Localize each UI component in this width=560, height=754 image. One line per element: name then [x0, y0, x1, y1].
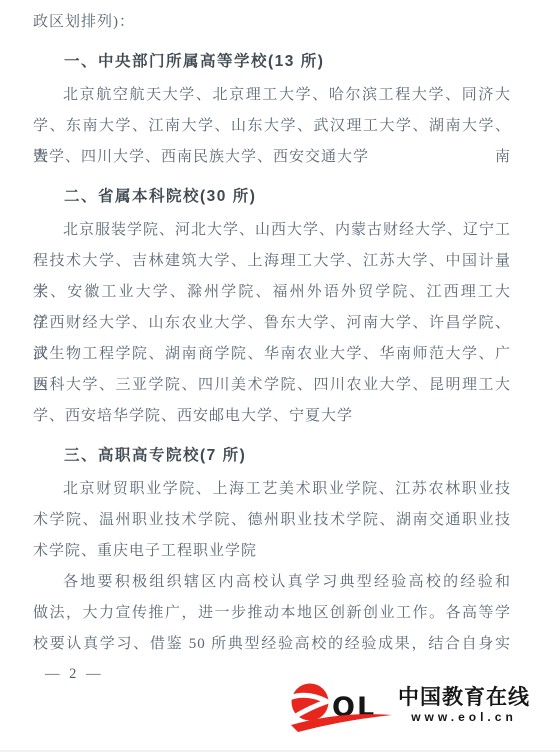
- section-heading: 一、中央部门所属高等学校(13 所): [33, 46, 511, 77]
- document-line: 北京服装学院、河北大学、山西大学、内蒙古财经大学、辽宁工: [33, 215, 511, 246]
- eol-logo: OL 中国教育在线 www.eol.cn: [291, 683, 531, 743]
- document-line: 北京财贸职业学院、上海工艺美术职业学院、江苏农林职业技: [33, 474, 511, 505]
- document-line: 术学院、重庆电子工程职业学院: [33, 536, 511, 567]
- document-line: 医科大学、三亚学院、四川美术学院、四川农业大学、昆明理工大: [33, 370, 511, 401]
- logo-text-block: 中国教育在线 www.eol.cn: [398, 685, 530, 725]
- brand-name-cn: 中国教育在线: [398, 685, 530, 710]
- document-line: 各地要积极组织辖区内高校认真学习典型经验高校的经验和: [33, 567, 511, 598]
- document-page: 政区划排列)： 一、中央部门所属高等学校(13 所) 北京航空航天大学、北京理工…: [0, 0, 560, 687]
- section-heading: 二、省属本科院校(30 所): [33, 181, 511, 212]
- document-line: 学、西安培华学院、西安邮电大学、宁夏大学: [33, 401, 511, 432]
- document-line: 校要认真学习、借鉴 50 所典型经验高校的经验成果，结合自身实: [33, 629, 511, 660]
- document-line: 做法，大力宣传推广，进一步推动本地区创新创业工作。各高等学: [33, 598, 511, 629]
- document-line: 程技术大学、吉林建筑大学、上海理工大学、江苏大学、中国计量大: [33, 246, 511, 277]
- document-line: 学、安徽工业大学、滁州学院、福州外语外贸学院、江西理工大学、: [33, 277, 511, 308]
- document-line: 学、东南大学、江南大学、山东大学、武汉理工大学、湖南大学、暨南: [33, 111, 511, 142]
- document-line: 江西财经大学、山东农业大学、鲁东大学、河南大学、许昌学院、武: [33, 308, 511, 339]
- eol-logo-icon: OL: [291, 683, 393, 737]
- document-line: 北京航空航天大学、北京理工大学、哈尔滨工程大学、同济大: [33, 80, 511, 111]
- document-line: 术学院、温州职业技术学院、德州职业技术学院、湖南交通职业技: [33, 505, 511, 536]
- document-line: 汉生物工程学院、湖南商学院、华南农业大学、华南师范大学、广西: [33, 339, 511, 370]
- page-bottom-edge: [0, 750, 560, 752]
- document-line: 政区划排列)：: [33, 7, 511, 38]
- brand-url: www.eol.cn: [411, 710, 517, 725]
- section-heading: 三、高职高专院校(7 所): [33, 440, 511, 471]
